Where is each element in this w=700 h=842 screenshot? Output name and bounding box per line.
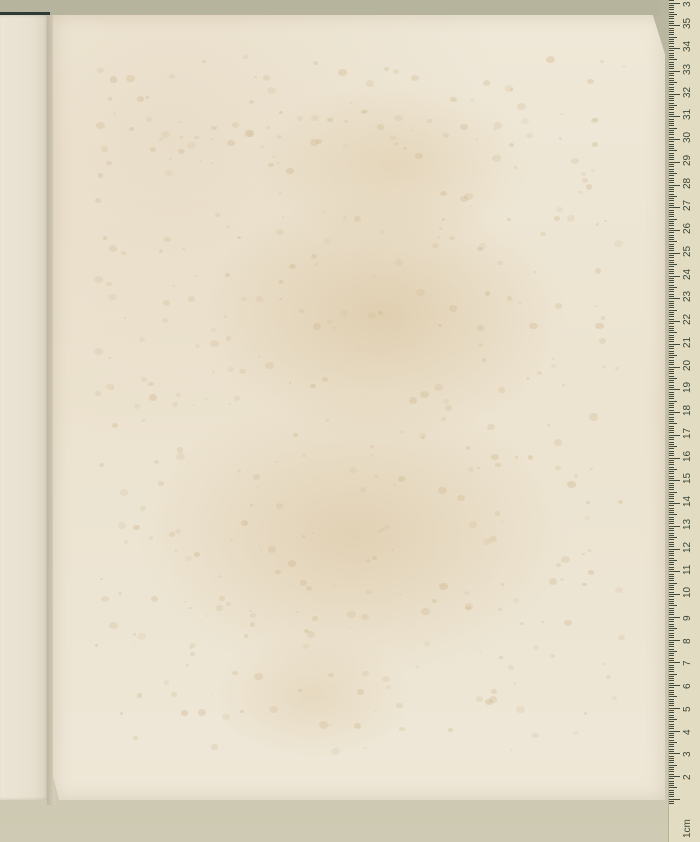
foxing-spot xyxy=(581,172,586,176)
ruler-cm-label: 18 xyxy=(682,405,693,416)
ruler-tick xyxy=(669,605,677,606)
foxing-spot xyxy=(273,542,275,544)
foxing-spot xyxy=(241,520,249,526)
foxing-spot xyxy=(485,291,490,295)
ruler-tick xyxy=(669,428,674,429)
ruler-tick xyxy=(669,171,674,172)
foxing-spot xyxy=(392,549,394,551)
foxing-spot xyxy=(133,633,136,636)
foxing-spot xyxy=(137,633,146,640)
foxing-spot xyxy=(212,370,215,372)
ruler-tick xyxy=(669,244,674,245)
foxing-spot xyxy=(150,147,156,152)
foxing-spot xyxy=(441,417,446,421)
foxing-spot xyxy=(189,646,193,649)
ruler-tick xyxy=(669,207,680,208)
foxing-spot xyxy=(111,387,114,389)
foxing-spot xyxy=(327,320,332,324)
ruler-tick xyxy=(669,223,674,224)
ruler-tick xyxy=(669,658,674,659)
foxing-spot xyxy=(509,143,515,147)
foxing-spot xyxy=(306,586,312,591)
ruler-tick xyxy=(669,735,674,736)
ruler-tick xyxy=(669,462,674,463)
ruler-tick xyxy=(669,253,680,254)
ruler-tick xyxy=(669,719,677,720)
foxing-spot xyxy=(205,398,208,400)
ruler-tick xyxy=(669,710,674,711)
foxing-spot xyxy=(348,627,350,629)
foxing-spot xyxy=(249,100,254,104)
ruler-tick xyxy=(669,50,674,51)
ruler-tick xyxy=(669,544,674,545)
ruler-cm-label: 33 xyxy=(682,64,693,75)
foxing-spot xyxy=(442,218,445,221)
ruler-tick xyxy=(669,690,674,691)
ruler-tick xyxy=(669,637,674,638)
foxing-spot xyxy=(211,162,213,164)
foxing-spot xyxy=(140,506,146,511)
ruler-tick xyxy=(669,460,674,461)
ruler-tick xyxy=(669,740,674,741)
ruler-tick xyxy=(669,150,677,151)
foxing-spot xyxy=(360,487,367,492)
foxing-spot xyxy=(137,693,142,697)
foxing-spot xyxy=(183,601,186,604)
ruler-tick xyxy=(669,769,674,770)
ruler-tick xyxy=(669,589,674,590)
foxing-spot xyxy=(103,236,107,240)
foxing-spot xyxy=(224,315,228,318)
foxing-spot xyxy=(403,147,407,150)
ruler-tick xyxy=(669,405,674,406)
foxing-spot xyxy=(327,118,333,123)
foxing-spot xyxy=(254,673,263,680)
foxing-spot xyxy=(517,103,525,110)
foxing-spot xyxy=(112,423,118,428)
ruler-tick xyxy=(669,453,674,454)
ruler-tick xyxy=(669,801,674,802)
foxing-spot xyxy=(118,592,122,595)
foxing-spot xyxy=(595,268,602,273)
ruler-tick xyxy=(669,360,674,361)
ruler-tick xyxy=(669,492,677,493)
foxing-spot xyxy=(354,723,361,729)
foxing-spot xyxy=(498,608,503,612)
foxing-spot xyxy=(154,460,159,464)
foxing-spot xyxy=(550,654,556,658)
foxing-spot xyxy=(465,603,473,610)
ruler-tick xyxy=(669,326,674,327)
foxing-spot xyxy=(521,118,529,124)
ruler-cm-label: 12 xyxy=(682,541,693,552)
foxing-spot xyxy=(249,610,252,612)
foxing-spot xyxy=(228,367,234,372)
ruler-tick xyxy=(669,396,674,397)
foxing-spot xyxy=(555,303,562,309)
ruler-tick xyxy=(669,212,674,213)
ruler-tick xyxy=(669,180,674,181)
ruler-tick xyxy=(669,799,680,800)
ruler-tick xyxy=(669,514,677,515)
foxing-spot xyxy=(177,447,184,452)
foxing-spot xyxy=(324,238,331,244)
ruler-tick xyxy=(669,191,674,192)
foxing-spot xyxy=(196,81,198,83)
ruler-tick xyxy=(669,37,677,38)
ruler-tick xyxy=(669,771,674,772)
ruler-tick xyxy=(669,75,674,76)
ruler-tick xyxy=(669,239,674,240)
foxing-spot xyxy=(277,162,280,164)
foxing-spot xyxy=(567,215,576,222)
ruler-tick xyxy=(669,68,674,69)
ruler-tick xyxy=(669,230,680,231)
ruler-tick xyxy=(669,18,674,19)
ruler-tick xyxy=(669,200,674,201)
foxing-spot xyxy=(243,55,248,59)
ruler-cm-label: 25 xyxy=(682,246,693,257)
foxing-spot xyxy=(615,587,623,593)
foxing-spot xyxy=(109,357,111,359)
foxing-spot xyxy=(163,300,171,306)
foxing-spot xyxy=(483,80,491,86)
ruler-tick xyxy=(669,203,674,204)
foxing-spot xyxy=(311,115,319,121)
foxing-spot xyxy=(508,665,515,670)
foxing-spot xyxy=(96,122,105,129)
ruler-tick xyxy=(669,307,674,308)
foxing-spot xyxy=(585,516,590,520)
ruler-tick xyxy=(669,421,674,422)
ruler-tick xyxy=(669,364,674,365)
foxing-spot xyxy=(95,198,102,203)
ruler-tick xyxy=(669,39,674,40)
foxing-spot xyxy=(331,748,340,755)
ruler-tick xyxy=(669,5,674,6)
foxing-spot xyxy=(399,594,401,596)
foxing-spot xyxy=(194,275,197,277)
ruler-tick xyxy=(669,794,674,795)
foxing-spot xyxy=(420,391,429,398)
ruler-tick xyxy=(669,280,674,281)
foxing-spot xyxy=(172,402,178,407)
ruler-tick xyxy=(669,792,674,793)
foxing-spot xyxy=(322,377,328,382)
foxing-spot xyxy=(288,560,297,567)
ruler-tick xyxy=(669,458,680,459)
foxing-spot xyxy=(520,622,524,625)
foxing-spot xyxy=(278,280,283,284)
foxing-spot xyxy=(234,396,240,401)
ruler-tick xyxy=(669,41,674,42)
foxing-spot xyxy=(492,155,500,162)
foxing-spot xyxy=(194,136,198,139)
ruler-tick xyxy=(669,323,674,324)
foxing-spot xyxy=(411,75,419,81)
foxing-spot xyxy=(349,467,357,473)
ruler-cm-label: 27 xyxy=(682,200,693,211)
ruler-cm-label: 30 xyxy=(682,132,693,143)
ruler-tick xyxy=(669,257,674,258)
ruler-tick xyxy=(669,98,674,99)
foxing-spot xyxy=(176,393,181,397)
left-page-edge xyxy=(0,15,49,800)
foxing-spot xyxy=(343,144,347,147)
ruler-tick xyxy=(669,510,674,511)
ruler-tick xyxy=(669,651,677,652)
foxing-spot xyxy=(551,364,556,368)
foxing-spot xyxy=(468,467,474,472)
foxing-spot xyxy=(612,491,614,493)
foxing-spot xyxy=(370,454,374,457)
ruler-tick xyxy=(669,353,674,354)
foxing-spot xyxy=(229,403,231,405)
ruler-tick xyxy=(669,116,680,117)
ruler-tick xyxy=(669,442,674,443)
ruler-tick xyxy=(669,667,674,668)
foxing-spot xyxy=(491,454,499,460)
foxing-spot xyxy=(478,343,483,347)
foxing-spot xyxy=(600,60,604,63)
foxing-spot xyxy=(537,371,542,375)
foxing-spot xyxy=(289,264,295,269)
ruler-tick xyxy=(669,567,674,568)
foxing-spot xyxy=(282,216,284,218)
ruler-cm-label: 3 xyxy=(682,1,693,7)
foxing-spot xyxy=(554,439,562,446)
foxing-spot xyxy=(479,243,486,249)
top-backdrop-strip xyxy=(0,0,660,16)
ruler-tick xyxy=(669,742,677,743)
foxing-spot xyxy=(571,158,579,164)
ruler-tick xyxy=(669,471,674,472)
foxing-spot xyxy=(432,243,439,249)
ruler-tick xyxy=(669,430,674,431)
blank-foxed-page xyxy=(53,15,665,800)
foxing-spot xyxy=(279,298,281,300)
foxing-spot xyxy=(260,549,262,551)
foxing-spot xyxy=(165,170,173,176)
ruler-tick xyxy=(669,332,677,333)
ruler-tick xyxy=(669,521,674,522)
foxing-spot xyxy=(378,311,383,315)
foxing-spot xyxy=(457,495,465,501)
ruler-tick xyxy=(669,610,674,611)
foxing-spot xyxy=(169,532,175,537)
ruler-tick xyxy=(669,16,674,17)
foxing-spot xyxy=(614,240,623,247)
ruler-tick xyxy=(669,144,674,145)
foxing-spot xyxy=(386,685,391,689)
foxing-spot xyxy=(594,305,598,308)
ruler-tick xyxy=(669,321,680,322)
ruler-tick xyxy=(669,294,674,295)
foxing-spot xyxy=(599,338,607,344)
ruler-cm-label: 28 xyxy=(682,177,693,188)
ruler-tick xyxy=(669,423,677,424)
ruler-tick xyxy=(669,82,677,83)
foxing-spot xyxy=(151,183,154,185)
ruler-tick xyxy=(669,43,674,44)
foxing-spot xyxy=(424,641,431,646)
ruler-tick xyxy=(669,296,674,297)
ruler-cm-label: 11 xyxy=(682,565,693,575)
ruler-tick xyxy=(669,155,674,156)
foxing-spot xyxy=(210,138,213,140)
foxing-spot xyxy=(218,575,222,578)
foxing-spot xyxy=(215,213,220,217)
foxing-spot xyxy=(302,535,306,538)
ruler-tick xyxy=(669,248,674,249)
ruler-tick xyxy=(669,312,674,313)
foxing-spot xyxy=(186,664,189,667)
foxing-spot xyxy=(399,727,404,731)
ruler-tick xyxy=(669,803,674,804)
foxing-spot xyxy=(370,445,374,449)
foxing-spot xyxy=(297,116,303,121)
foxing-spot xyxy=(312,532,314,534)
foxing-spot xyxy=(432,599,437,603)
ruler-tick xyxy=(669,210,674,211)
ruler-tick xyxy=(669,790,674,791)
ruler-tick xyxy=(669,367,680,368)
ruler-tick xyxy=(669,533,674,534)
foxing-spot xyxy=(501,520,504,522)
ruler-tick xyxy=(669,796,674,797)
ruler-cm-label: 6 xyxy=(682,683,693,689)
ruler-tick xyxy=(669,32,674,33)
ruler-tick xyxy=(669,319,674,320)
ruler-tick xyxy=(669,132,674,133)
foxing-spot xyxy=(246,130,254,136)
foxing-spot xyxy=(139,337,145,342)
foxing-spot xyxy=(149,536,153,540)
ruler-tick xyxy=(669,407,674,408)
foxing-spot xyxy=(591,118,598,123)
foxing-spot xyxy=(559,137,562,139)
foxing-spot xyxy=(279,111,283,115)
foxing-spot xyxy=(110,76,118,82)
foxing-spot xyxy=(499,656,503,659)
foxing-spot xyxy=(377,124,384,130)
foxing-spot xyxy=(466,446,470,450)
foxing-spot xyxy=(296,611,299,613)
foxing-spot xyxy=(427,119,431,123)
ruler-tick xyxy=(669,398,674,399)
ruler-tick xyxy=(669,426,674,427)
ruler-tick xyxy=(669,762,674,763)
ruler-tick xyxy=(669,221,674,222)
foxing-spot xyxy=(313,61,318,65)
ruler-tick xyxy=(669,382,674,383)
ruler-cm-label: 14 xyxy=(682,496,693,507)
foxing-spot xyxy=(332,326,337,330)
foxing-spot xyxy=(556,207,563,212)
foxing-spot xyxy=(223,140,225,142)
foxing-spot xyxy=(109,245,117,252)
ruler-tick xyxy=(669,262,674,263)
ruler-tick xyxy=(669,539,674,540)
ruler-tick xyxy=(669,564,674,565)
foxing-spot xyxy=(482,358,487,362)
ruler-tick xyxy=(669,437,674,438)
foxing-spot xyxy=(176,453,185,460)
foxing-spot xyxy=(326,419,329,421)
ruler-tick xyxy=(669,316,674,317)
foxing-spot xyxy=(618,500,624,505)
ruler-tick xyxy=(669,485,674,486)
foxing-spot xyxy=(211,693,213,695)
ruler-tick xyxy=(669,599,674,600)
foxing-spot xyxy=(378,483,380,485)
foxing-spot xyxy=(421,436,425,439)
foxing-spot xyxy=(464,591,469,595)
ruler-tick xyxy=(669,346,674,347)
ruler-tick xyxy=(669,371,674,372)
ruler-tick xyxy=(669,473,674,474)
foxing-spot xyxy=(253,474,260,480)
ruler-tick xyxy=(669,583,677,584)
foxing-spot xyxy=(510,749,512,751)
ruler-cm-label: 26 xyxy=(682,223,693,234)
ruler-cm-label: 23 xyxy=(682,291,693,302)
foxing-spot xyxy=(487,424,495,430)
ruler-tick xyxy=(669,369,674,370)
ruler-tick xyxy=(669,546,674,547)
foxing-spot xyxy=(560,578,564,582)
foxing-spot xyxy=(601,316,606,320)
ruler-tick xyxy=(669,412,680,413)
foxing-spot xyxy=(534,271,536,273)
ruler-tick xyxy=(669,767,674,768)
ruler-tick xyxy=(669,467,674,468)
ruler-tick xyxy=(669,255,674,256)
ruler-tick xyxy=(669,680,674,681)
ruler-cm-label: 7 xyxy=(682,661,693,667)
foxing-spot xyxy=(106,282,112,287)
foxing-spot xyxy=(381,528,385,531)
ruler-tick xyxy=(669,394,674,395)
ruler-tick xyxy=(669,121,674,122)
ruler-tick xyxy=(669,530,674,531)
ruler-tick xyxy=(669,385,674,386)
foxing-spot xyxy=(612,696,617,700)
ruler-tick xyxy=(669,198,674,199)
foxing-spot xyxy=(108,97,112,100)
foxing-spot xyxy=(286,168,294,174)
ruler-unit-label: 1cm xyxy=(682,819,693,838)
ruler-tick xyxy=(669,80,674,81)
foxing-spot xyxy=(366,559,370,562)
ruler-tick xyxy=(669,289,674,290)
ruler-tick xyxy=(669,715,674,716)
foxing-spot xyxy=(549,578,557,585)
foxing-spot xyxy=(507,296,512,300)
foxing-spot xyxy=(108,294,116,301)
foxing-spot xyxy=(477,325,484,331)
ruler-tick xyxy=(669,378,677,379)
ruler-tick xyxy=(669,549,680,550)
foxing-spot xyxy=(401,431,404,433)
foxing-spot xyxy=(578,191,582,194)
foxing-spot xyxy=(298,689,302,692)
foxing-spot xyxy=(562,384,566,387)
ruler-tick xyxy=(669,271,674,272)
foxing-spot xyxy=(439,583,447,590)
foxing-spot xyxy=(443,399,449,404)
foxing-spot xyxy=(505,85,513,91)
